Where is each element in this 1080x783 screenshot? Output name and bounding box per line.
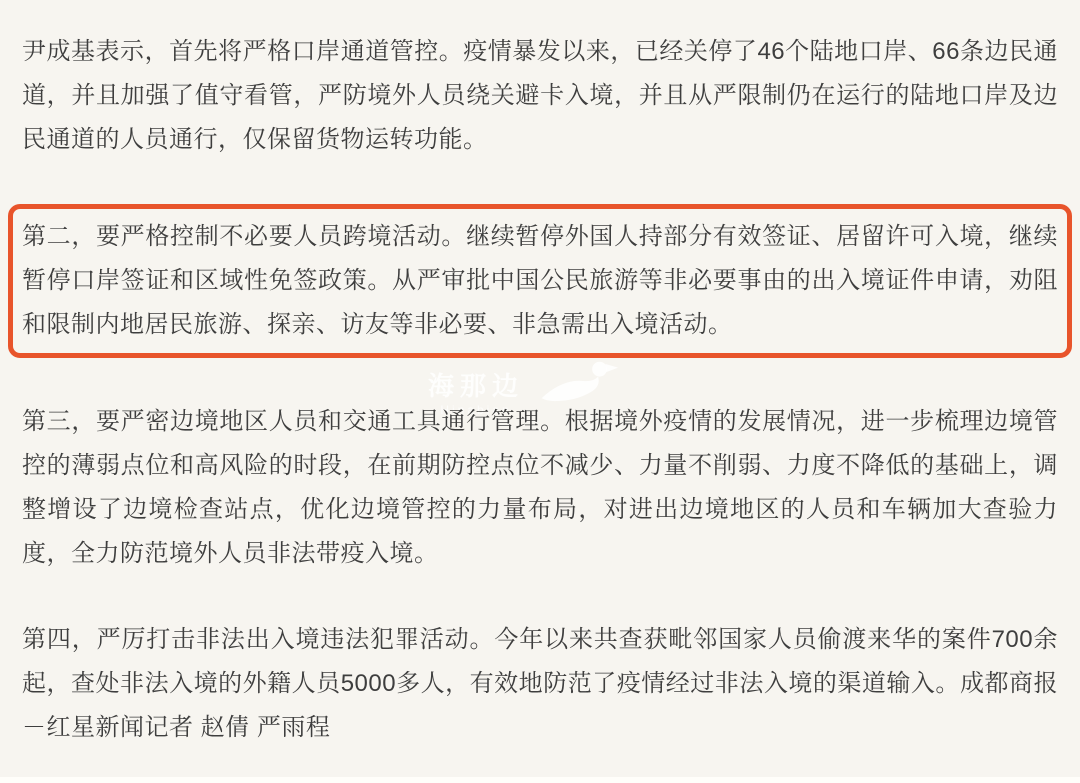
article-body: 尹成基表示，首先将严格口岸通道管控。疫情暴发以来，已经关停了46个陆地口岸、66…	[0, 0, 1080, 750]
paragraph-1: 尹成基表示，首先将严格口岸通道管控。疫情暴发以来，已经关停了46个陆地口岸、66…	[22, 30, 1058, 162]
highlight-box: 第二，要严格控制不必要人员跨境活动。继续暂停外国人持部分有效签证、居留许可入境，…	[8, 204, 1072, 358]
bottom-edge-strip	[0, 777, 1080, 783]
paragraph-3: 第三，要严密边境地区人员和交通工具通行管理。根据境外疫情的发展情况，进一步梳理边…	[22, 400, 1058, 576]
paragraph-4: 第四，严厉打击非法出入境违法犯罪活动。今年以来共查获毗邻国家人员偷渡来华的案件7…	[22, 618, 1058, 750]
paragraph-2-highlighted: 第二，要严格控制不必要人员跨境活动。继续暂停外国人持部分有效签证、居留许可入境，…	[22, 215, 1058, 347]
article-page: 尹成基表示，首先将严格口岸通道管控。疫情暴发以来，已经关停了46个陆地口岸、66…	[0, 0, 1080, 783]
